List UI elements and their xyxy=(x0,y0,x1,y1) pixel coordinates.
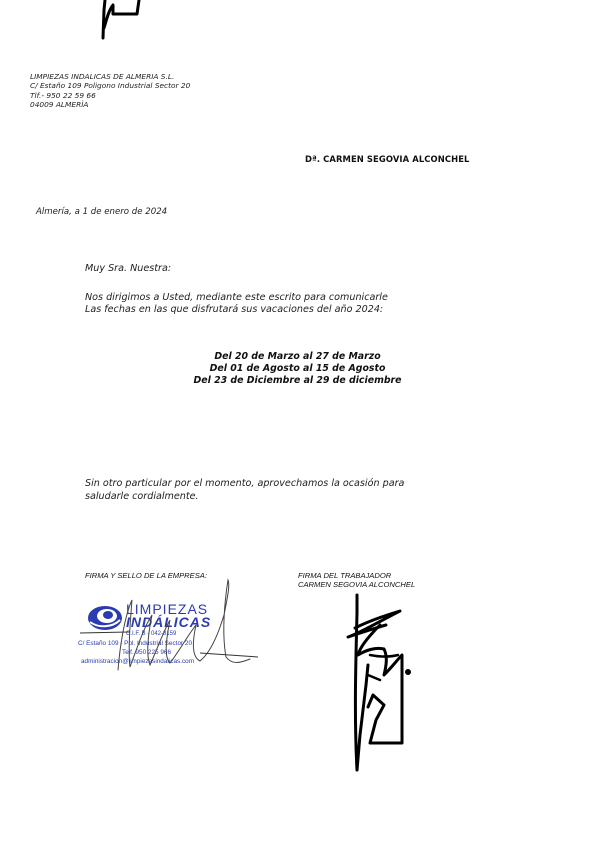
worker-signature xyxy=(340,595,430,775)
sender-phone: Tlf.- 950 22 59 66 xyxy=(30,91,190,100)
signature-fragment-top xyxy=(95,0,145,45)
worker-signature-label: FIRMA DEL TRABAJADOR CARMEN SEGOVIA ALCO… xyxy=(298,572,415,590)
date-line: Almería, a 1 de enero de 2024 xyxy=(36,207,167,217)
sender-city: 04009 ALMERÌA xyxy=(30,100,190,109)
sender-address-block: LIMPIEZAS INDALICAS DE ALMERIA S.L. C/ E… xyxy=(30,72,190,109)
closing-paragraph: Sin otro particular por el momento, apro… xyxy=(85,477,404,503)
vacation-period: Del 20 de Marzo al 27 de Marzo xyxy=(150,351,445,363)
vacation-periods: Del 20 de Marzo al 27 de Marzo Del 01 de… xyxy=(150,351,445,388)
body-line: Las fechas en las que disfrutará sus vac… xyxy=(85,304,388,316)
company-signature xyxy=(100,575,260,675)
vacation-period: Del 01 de Agosto al 15 de Agosto xyxy=(150,363,445,375)
body-line: Nos dirigimos a Usted, mediante este esc… xyxy=(85,292,388,304)
sender-company: LIMPIEZAS INDALICAS DE ALMERIA S.L. xyxy=(30,72,190,81)
worker-label-name: CARMEN SEGOVIA ALCONCHEL xyxy=(298,581,415,590)
vacation-period: Del 23 de Diciembre al 29 de diciembre xyxy=(150,375,445,387)
closing-line: Sin otro particular por el momento, apro… xyxy=(85,477,404,490)
closing-line: saludarle cordialmente. xyxy=(85,490,404,503)
sender-address: C/ Estaño 109 Poligono Industrial Sector… xyxy=(30,81,190,90)
greeting: Muy Sra. Nuestra: xyxy=(85,263,171,274)
letter-body: Nos dirigimos a Usted, mediante este esc… xyxy=(85,292,388,316)
recipient-name: Dª. CARMEN SEGOVIA ALCONCHEL xyxy=(305,154,469,164)
